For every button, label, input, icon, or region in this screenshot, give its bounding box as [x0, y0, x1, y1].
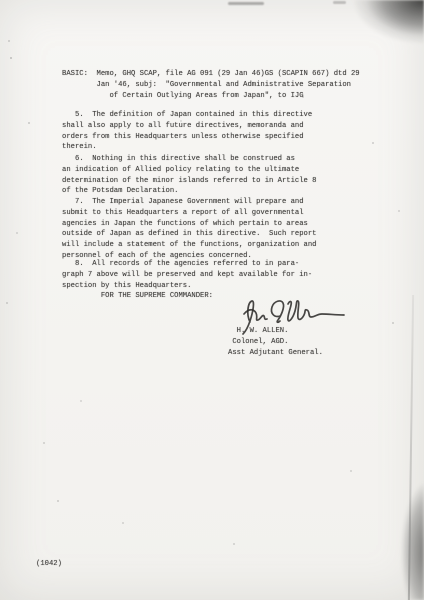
text-line: determination of the minor islands refer… [62, 176, 316, 187]
text-line: 5. The definition of Japan contained in … [62, 110, 312, 121]
scan-mark-top-2 [333, 1, 346, 4]
scan-speckles [0, 0, 2, 2]
text-line: Jan '46, subj: "Governmental and Adminis… [62, 80, 360, 91]
page-number-text: (1042) [36, 559, 62, 570]
text-line: spection by this Headquarters. [62, 281, 312, 292]
text-line: 7. The Imperial Japanese Government will… [62, 197, 316, 208]
text-line: will include a statement of the function… [62, 240, 316, 251]
text-line: Asst Adjutant General. [228, 348, 323, 359]
page-number: (1042) [36, 559, 62, 570]
paragraph-8: 8. All records of the agencies referred … [62, 259, 312, 291]
text-line: outside of Japan as defined in this dire… [62, 229, 316, 240]
text-line: shall also apply to all future directive… [62, 121, 312, 132]
text-line: submit to this Headquarters a report of … [62, 208, 316, 219]
text-line: 6. Nothing in this directive shall be co… [62, 154, 316, 165]
paragraph-6: 6. Nothing in this directive shall be co… [62, 154, 316, 197]
scan-smudge-top-right [344, 0, 424, 66]
text-line: graph 7 above will be preserved and kept… [62, 270, 312, 281]
signature-typed-block: H. W. ALLEN. Colonel, AGD.Asst Adjutant … [228, 326, 323, 358]
text-line: 8. All records of the agencies referred … [62, 259, 312, 270]
signoff-line: FOR THE SUPREME COMMANDER: [62, 291, 213, 302]
scan-mark-top-1 [228, 2, 264, 5]
text-line: of Certain Outlying Areas from Japan", t… [62, 91, 360, 102]
text-line: therein. [62, 142, 312, 153]
reference-block: BASIC: Memo, GHQ SCAP, file AG 091 (29 J… [62, 69, 360, 101]
paragraph-5: 5. The definition of Japan contained in … [62, 110, 312, 153]
signoff-text: FOR THE SUPREME COMMANDER: [62, 291, 213, 302]
text-line: Colonel, AGD. [228, 337, 323, 348]
text-line: BASIC: Memo, GHQ SCAP, file AG 091 (29 J… [62, 69, 360, 80]
paragraph-7: 7. The Imperial Japanese Government will… [62, 197, 316, 262]
text-line: H. W. ALLEN. [228, 326, 323, 337]
scanned-document-page: BASIC: Memo, GHQ SCAP, file AG 091 (29 J… [0, 0, 424, 600]
text-line: orders from this Headquarters unless oth… [62, 132, 312, 143]
text-line: agencies in Japan the functions of which… [62, 219, 316, 230]
text-line: of the Potsdam Declaration. [62, 186, 316, 197]
text-line: an indication of Allied policy relating … [62, 165, 316, 176]
